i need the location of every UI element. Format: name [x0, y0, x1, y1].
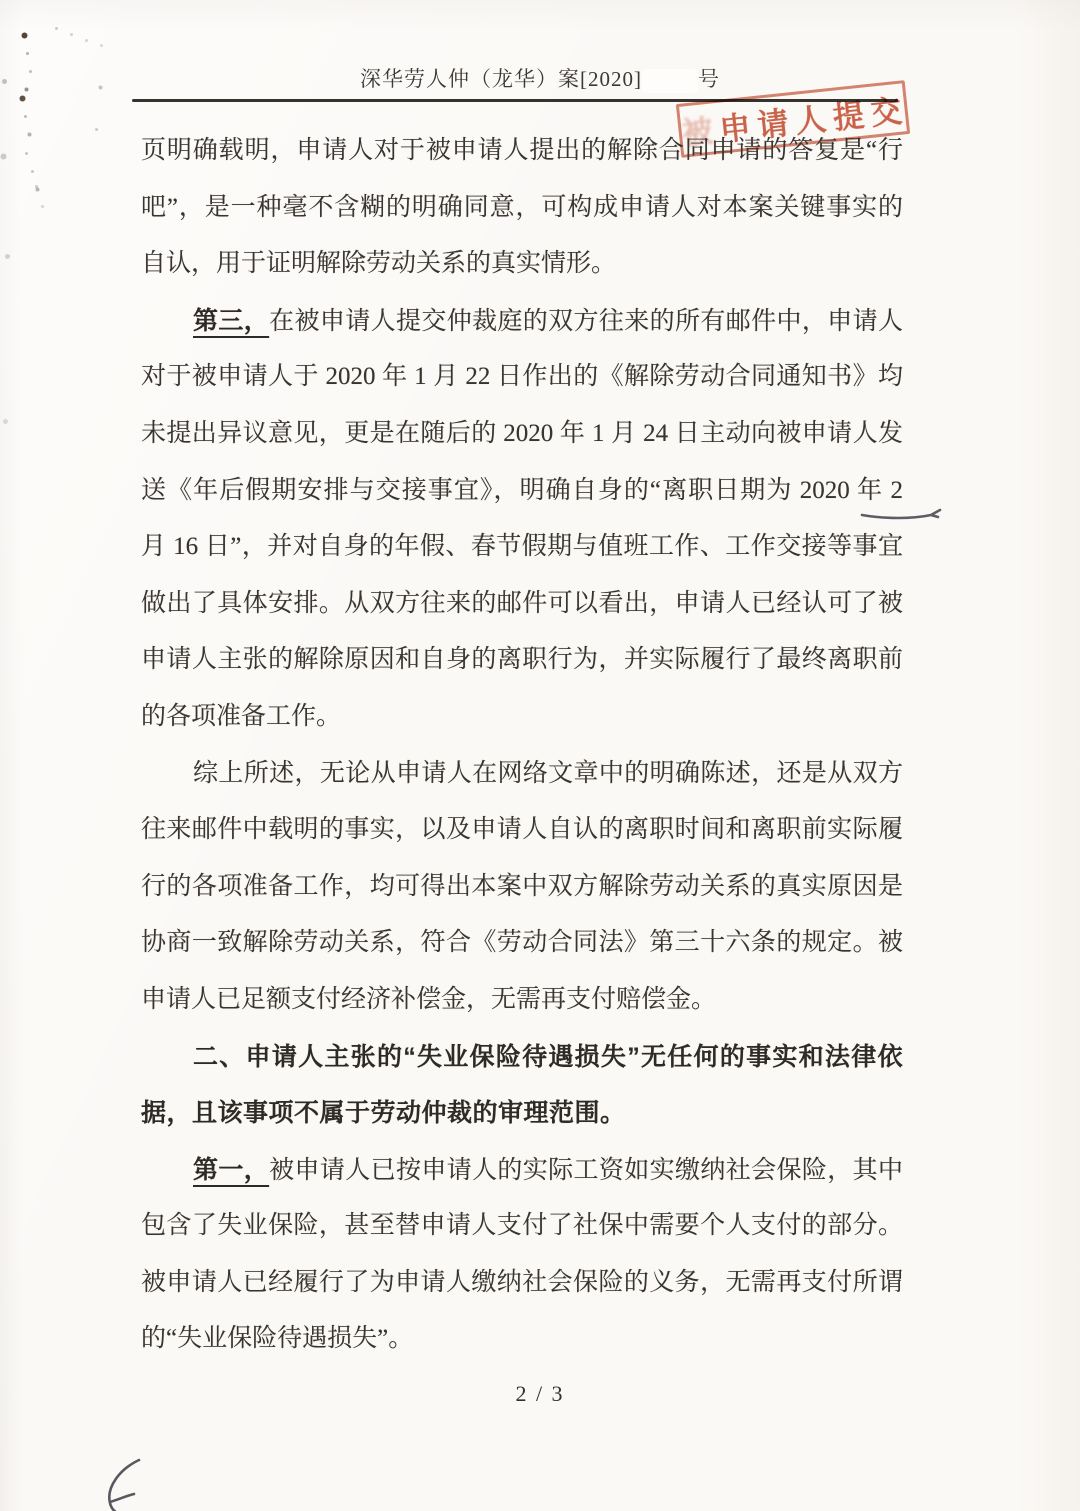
text-line: 的各项准备工作。	[141, 689, 903, 746]
text-line: 自认，用于证明解除劳动关系的真实情形。	[141, 236, 903, 293]
document-body-text: 页明确载明，申请人对于被申请人提出的解除合同申请的答复是“行吧”，是一种毫不含糊…	[141, 123, 903, 1368]
redacted-case-digits	[642, 69, 698, 93]
text-line: 申请人已足额支付经济补偿金，无需再支付赔偿金。	[141, 972, 903, 1029]
case-number-prefix: 深华劳人仲（龙华）案[2020]	[360, 67, 642, 91]
pen-check-mark	[109, 1460, 139, 1511]
text-line: 的“失业保险待遇损失”。	[141, 1311, 903, 1368]
text-line: 往来邮件中载明的事实，以及申请人自认的离职时间和离职前实际履	[141, 802, 903, 859]
scan-speck-artifacts	[0, 0, 3, 3]
text-line: 二、申请人主张的“失业保险待遇损失”无任何的事实和法律依	[141, 1029, 903, 1086]
text-line: 据，且该事项不属于劳动仲裁的审理范围。	[141, 1085, 903, 1142]
text-line: 综上所述，无论从申请人在网络文章中的明确陈述，还是从双方	[141, 746, 903, 803]
page-number: 2 / 3	[0, 1381, 1080, 1407]
text-line: 申请人主张的解除原因和自身的离职行为，并实际履行了最终离职前	[141, 632, 903, 689]
paragraph-lead: 第一，	[193, 1156, 269, 1184]
text-line: 对于被申请人于 2020 年 1 月 22 日作出的《解除劳动合同通知书》均	[141, 349, 903, 406]
text-line: 吧”，是一种毫不含糊的明确同意，可构成申请人对本案关键事实的	[141, 180, 903, 237]
text-line: 协商一致解除劳动关系，符合《劳动合同法》第三十六条的规定。被	[141, 915, 903, 972]
text-line: 行的各项准备工作，均可得出本案中双方解除劳动关系的真实原因是	[141, 859, 903, 916]
scanned-document-page: 深华劳人仲（龙华）案[2020]号 被申请人提交 页明确载明，申请人对于被申请人…	[0, 0, 1080, 1511]
text-line: 包含了失业保险，甚至替申请人支付了社保中需要个人支付的部分。	[141, 1198, 903, 1255]
text-line: 第一，被申请人已按申请人的实际工资如实缴纳社会保险，其中	[141, 1142, 903, 1199]
case-number-header: 深华劳人仲（龙华）案[2020]号	[0, 63, 1080, 93]
text-line: 未提出异议意见，更是在随后的 2020 年 1 月 24 日主动向被申请人发	[141, 406, 903, 463]
text-line: 送《年后假期安排与交接事宜》，明确自身的“离职日期为 2020 年 2	[141, 463, 903, 520]
text-line: 被申请人已经履行了为申请人缴纳社会保险的义务，无需再支付所谓	[141, 1255, 903, 1312]
text-line: 页明确载明，申请人对于被申请人提出的解除合同申请的答复是“行	[141, 123, 903, 180]
text-line: 月 16 日”，并对自身的年假、春节假期与值班工作、工作交接等事宜	[141, 519, 903, 576]
paragraph-lead: 第三，	[193, 307, 269, 335]
header-divider-rule	[132, 99, 898, 102]
text-line: 第三，在被申请人提交仲裁庭的双方往来的所有邮件中，申请人	[141, 293, 903, 350]
case-number-suffix: 号	[698, 67, 720, 91]
text-line: 做出了具体安排。从双方往来的邮件可以看出，申请人已经认可了被	[141, 576, 903, 633]
